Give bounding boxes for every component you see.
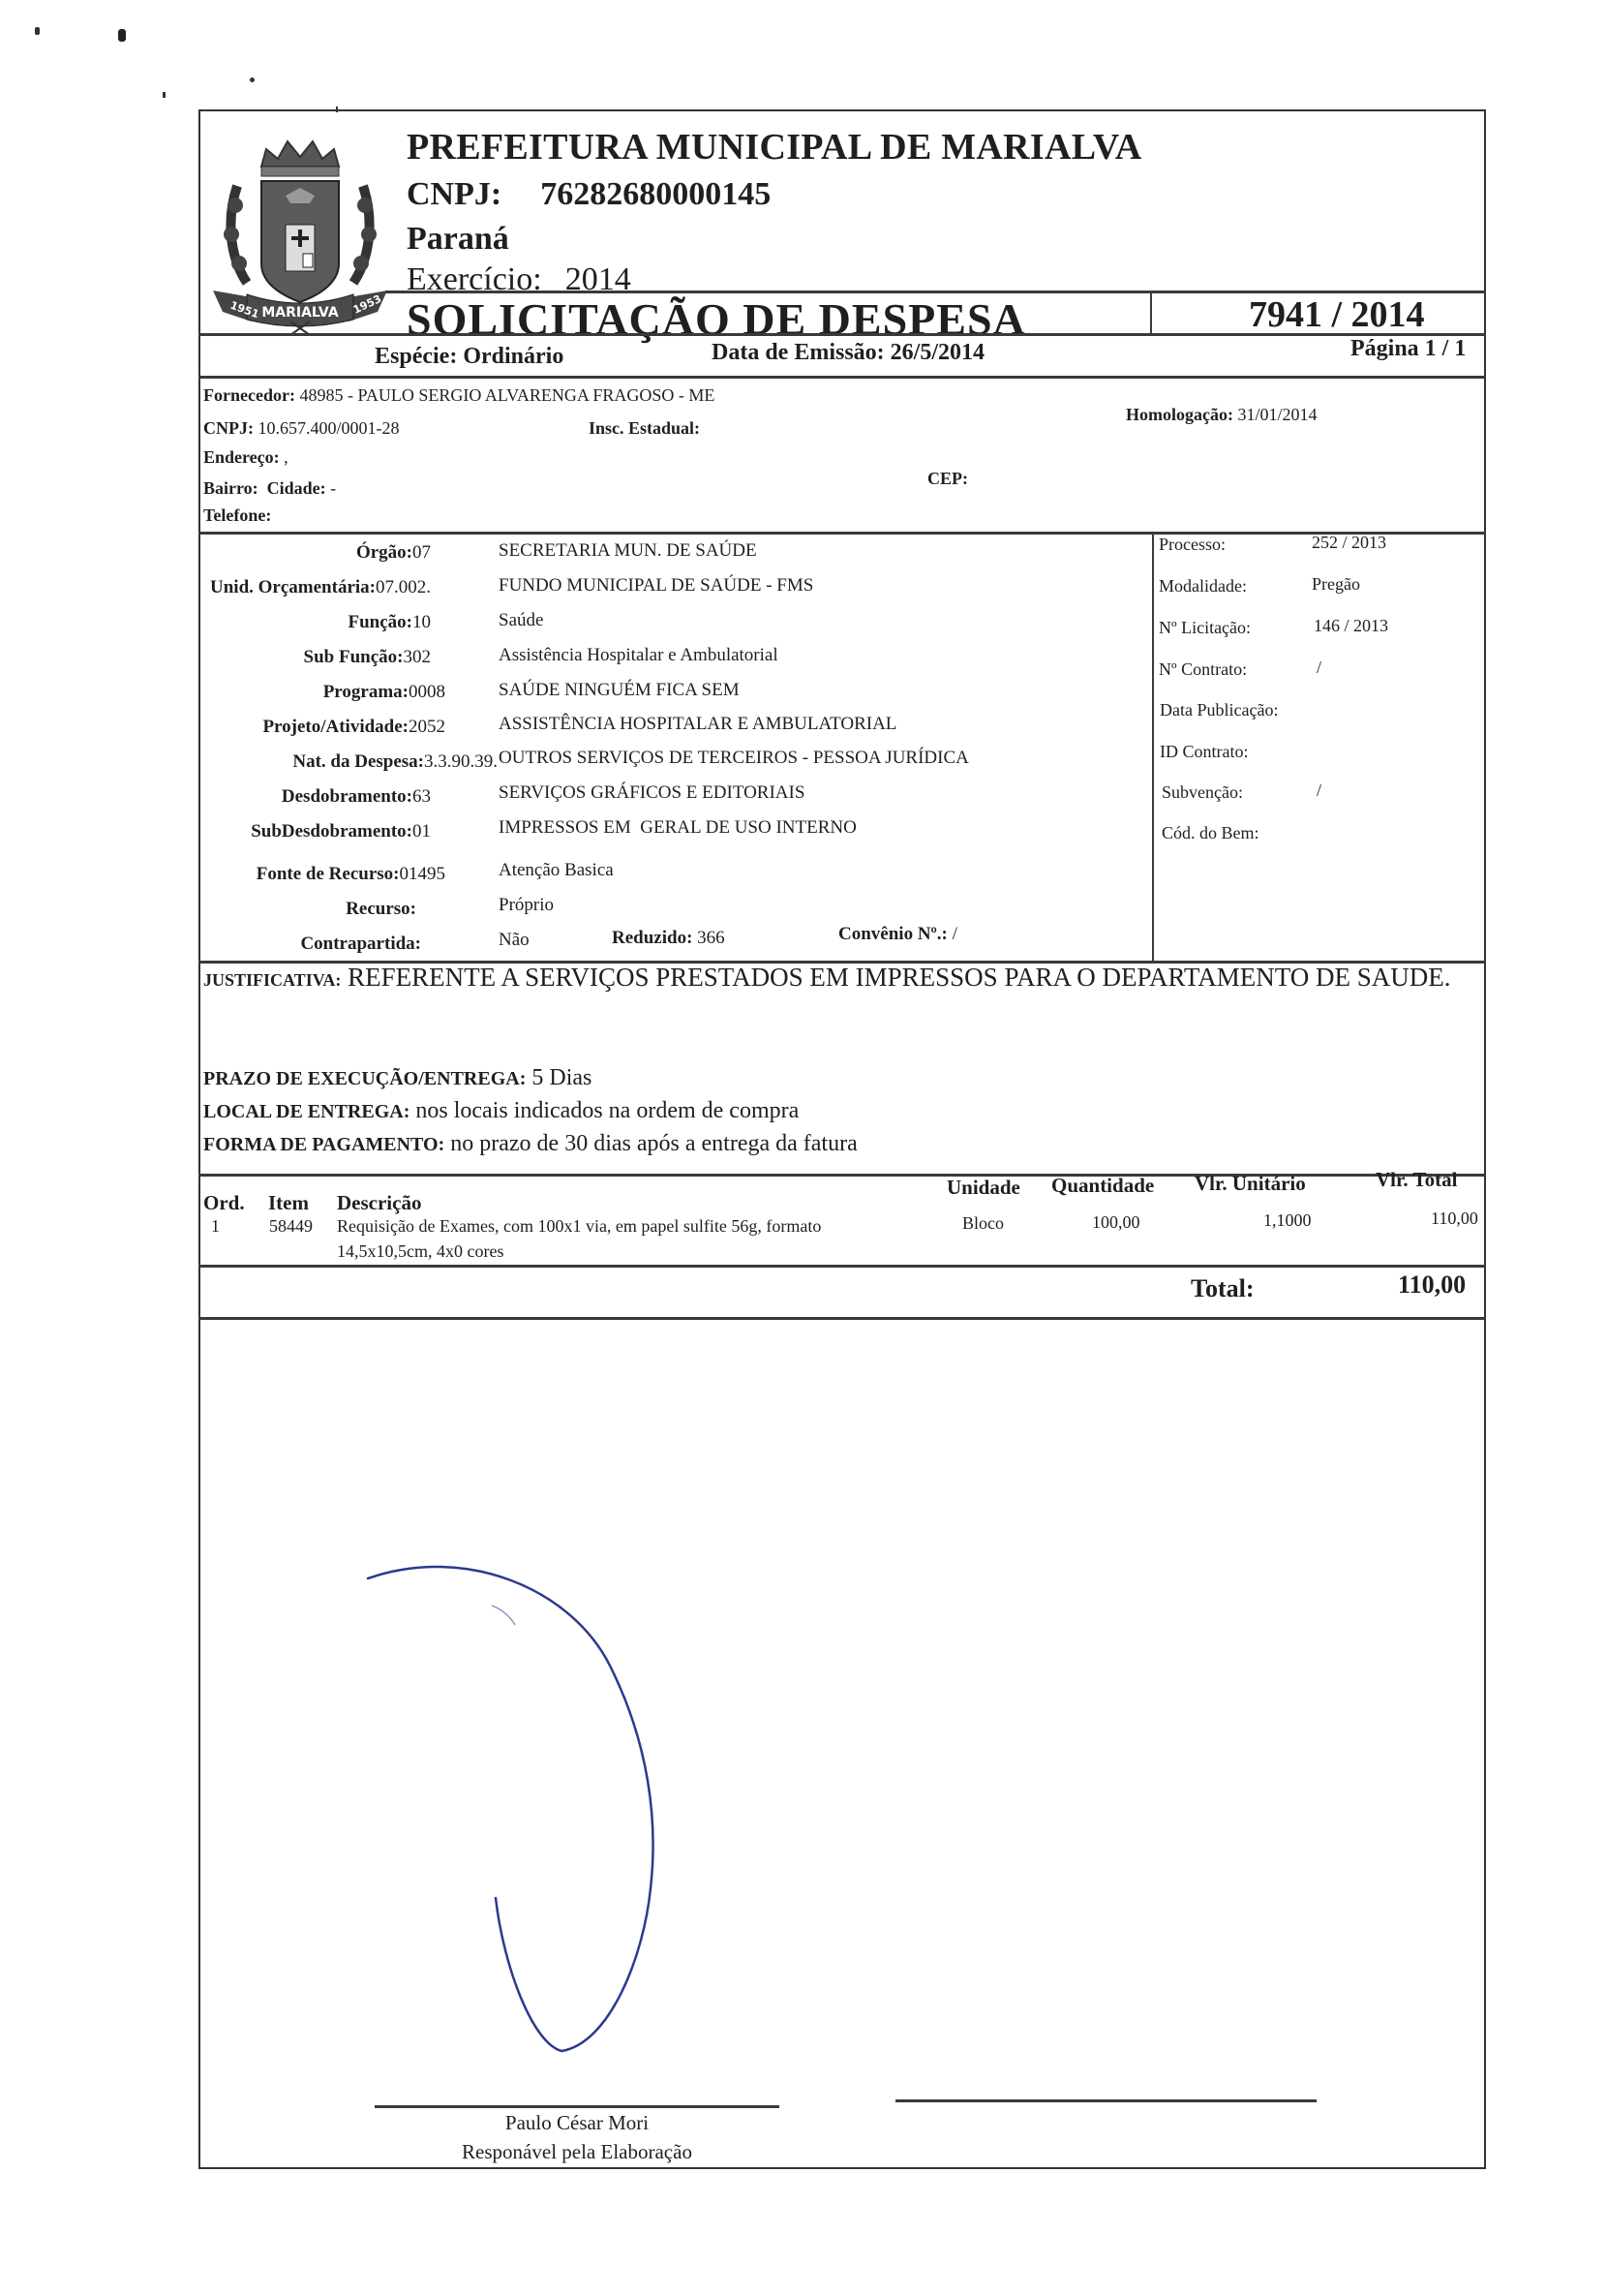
especie-value: Ordinário [463,344,563,369]
cell-vlr-unitario: 1,1000 [1263,1210,1312,1231]
supplier-phone: Telefone: [203,505,271,526]
signature-line [895,2099,1317,2102]
subvencao-value: / [1317,781,1321,801]
organization-name: PREFEITURA MUNICIPAL DE MARIALVA [407,126,1142,168]
budget-code: 01495 [400,864,446,884]
licitacao-value: 146 / 2013 [1314,616,1388,636]
cell-vlr-total: 110,00 [1431,1209,1478,1229]
homologation-date: Homologação: 31/01/2014 [1126,405,1318,425]
fornecedor-value: 48985 - PAULO SERGIO ALVARENGA FRAGOSO -… [299,385,714,405]
budget-label: Fonte de Recurso: [257,864,400,884]
contrato-value: / [1317,658,1321,678]
budget-code: 3.3.90.39. [424,751,498,772]
emissao-label: Data de Emissão: [712,340,885,365]
total-value: 110,00 [1398,1270,1466,1300]
budget-code: 07.002. [376,577,431,597]
endereco-label: Endereço: [203,447,280,467]
delivery-location: LOCAL DE ENTREGA: nos locais indicados n… [203,1098,799,1124]
col-quantidade: Quantidade [1051,1174,1154,1198]
budget-desc: IMPRESSOS EM GERAL DE USO INTERNO [499,817,857,839]
budget-row-orgao: Órgão:07 [189,542,431,564]
divider [198,333,1486,336]
signer-name: Paulo César Mori [375,2111,779,2135]
local-value: nos locais indicados na ordem de compra [415,1098,799,1123]
budget-label: Recurso: [346,899,416,919]
process-label: Processo: [1159,535,1226,555]
process-value: 252 / 2013 [1312,533,1386,553]
budget-row-funcao: Função:10 [189,612,431,633]
supplier-cep: CEP: [927,469,968,489]
scan-speck [250,77,255,82]
page-indicator: Página 1 / 1 [1350,336,1466,362]
total-label: Total: [1191,1274,1255,1303]
supplier-neighborhood-city: Bairro: Cidade: - [203,478,336,499]
divider [198,1265,1486,1268]
budget-label: Programa: [323,682,409,702]
emission-date: Data de Emissão: 26/5/2014 [712,340,985,366]
contrato-label: Nº Contrato: [1159,659,1247,680]
budget-label: Contrapartida: [300,934,421,954]
supplier-cnpj: CNPJ: 10.657.400/0001-28 [203,418,400,439]
municipal-coat-of-arms-icon: MARIALVA 1951 1953 [208,128,392,336]
cnpj-value: 76282680000145 [540,176,771,212]
organization-cnpj: CNPJ:76282680000145 [407,176,771,213]
pagamento-label: FORMA DE PAGAMENTO: [203,1134,444,1155]
divider [198,376,1486,379]
budget-desc: Próprio [499,895,554,916]
col-ord: Ord. [203,1191,245,1215]
budget-row-sub-funcao: Sub Função:302 [189,647,431,668]
budget-row-projeto-atividade: Projeto/Atividade:2052 [203,717,445,738]
budget-desc: FUNDO MUNICIPAL DE SAÚDE - FMS [499,575,813,597]
cell-quantidade: 100,00 [1092,1212,1140,1233]
cell-item: 58449 [269,1216,313,1237]
cep-label: CEP: [927,469,968,488]
divider [1150,291,1152,334]
budget-label: Projeto/Atividade: [262,717,409,737]
supplier-address: Endereço: , [203,447,288,468]
budget-label: Órgão: [356,542,412,563]
budget-row-recurso: Recurso: [174,899,416,920]
delivery-deadline: PRAZO DE EXECUÇÃO/ENTREGA: 5 Dias [203,1065,591,1091]
supplier-cnpj-label: CNPJ: [203,418,254,438]
budget-row-programa: Programa:0008 [203,682,445,703]
scan-speck [163,92,166,98]
budget-desc: SECRETARIA MUN. DE SAÚDE [499,540,757,562]
budget-code: 302 [404,647,432,667]
budget-row-subdesdobramento: SubDesdobramento:01 [189,821,431,842]
budget-label: Nat. da Despesa: [292,751,424,772]
budget-code: 07 [412,542,431,563]
cell-descricao-line2: 14,5x10,5cm, 4x0 cores [337,1241,503,1262]
budget-label: Função: [349,612,413,632]
divider [1152,532,1154,962]
budget-label: Sub Função: [304,647,404,667]
cell-descricao-line1: Requisição de Exames, com 100x1 via, em … [337,1216,821,1237]
col-unidade: Unidade [947,1176,1020,1200]
budget-desc: ASSISTÊNCIA HOSPITALAR E AMBULATORIAL [499,714,896,735]
convenio-value: / [953,924,957,944]
divider [198,1317,1486,1320]
signer-role: Responável pela Elaboração [375,2140,779,2164]
pagamento-value: no prazo de 30 dias após a entrega da fa… [450,1131,857,1156]
emissao-value: 26/5/2014 [891,340,985,365]
supplier-cnpj-value: 10.657.400/0001-28 [258,418,400,438]
budget-desc: SERVIÇOS GRÁFICOS E EDITORIAIS [499,782,804,804]
modalidade-value: Pregão [1312,574,1360,595]
budget-desc: Atenção Basica [499,860,614,881]
prazo-value: 5 Dias [531,1065,591,1090]
budget-desc: Saúde [499,610,543,631]
justificativa-label: JUSTIFICATIVA: [203,970,341,990]
cod-bem-label: Cód. do Bem: [1162,823,1259,843]
budget-desc: Assistência Hospitalar e Ambulatorial [499,645,778,666]
budget-desc: OUTROS SERVIÇOS DE TERCEIROS - PESSOA JU… [499,748,969,769]
convenio-label: Convênio Nº.: [838,924,948,944]
subvencao-label: Subvenção: [1162,782,1243,803]
telefone-label: Telefone: [203,505,271,525]
reduzido-label: Reduzido: [612,928,692,948]
document-title: SOLICITAÇÃO DE DESPESA [407,293,1026,345]
col-vlr-unitario: Vlr. Unitário [1195,1172,1306,1196]
cnpj-label: CNPJ: [407,176,501,212]
justificativa-value: REFERENTE A SERVIÇOS PRESTADOS EM IMPRES… [348,963,1450,992]
supplier-name: Fornecedor: 48985 - PAULO SERGIO ALVAREN… [203,385,714,406]
local-label: LOCAL DE ENTREGA: [203,1101,409,1122]
id-contrato-label: ID Contrato: [1160,742,1249,762]
especie: Espécie: Ordinário [375,344,563,370]
cell-ord: 1 [211,1216,220,1237]
col-item: Item [268,1191,309,1215]
svg-text:MARIALVA: MARIALVA [261,305,338,321]
budget-label: Unid. Orçamentária: [210,577,376,597]
budget-desc: Não [499,930,530,951]
col-vlr-total: Vlr. Total [1376,1168,1457,1192]
especie-label: Espécie: [375,344,457,369]
col-descricao: Descrição [337,1191,421,1215]
payment-terms: FORMA DE PAGAMENTO: no prazo de 30 dias … [203,1131,858,1157]
budget-row-fonte-recurso: Fonte de Recurso:01495 [203,864,445,885]
document-number: 7941 / 2014 [1249,293,1425,336]
reduzido-value: 366 [697,928,725,948]
divider [198,532,1486,535]
scan-speck [118,29,126,42]
fornecedor-label: Fornecedor: [203,385,295,405]
budget-row-contrapartida: Contrapartida: [179,934,421,955]
justification: JUSTIFICATIVA: REFERENTE A SERVIÇOS PRES… [203,959,1481,998]
budget-label: Desdobramento: [282,786,412,807]
scan-speck [35,27,40,35]
prazo-label: PRAZO DE EXECUÇÃO/ENTREGA: [203,1068,526,1089]
cell-unidade: Bloco [962,1213,1004,1234]
data-publicacao-label: Data Publicação: [1160,700,1278,720]
state-name: Paraná [407,221,509,258]
budget-row-desdobramento: Desdobramento:63 [189,786,431,808]
cidade-value: - [330,478,336,498]
handwritten-signature [290,1501,774,2082]
budget-code: 01 [412,821,431,842]
insc-label: Insc. Estadual: [589,418,700,438]
budget-code: 0008 [409,682,445,702]
licitacao-label: Nº Licitação: [1159,618,1251,638]
endereco-value: , [284,447,288,467]
bairro-label: Bairro: [203,478,258,498]
state-registration: Insc. Estadual: [589,418,700,439]
modalidade-label: Modalidade: [1159,576,1247,597]
convenio: Convênio Nº.: / [838,924,957,945]
reduzido: Reduzido: 366 [612,928,725,949]
budget-code: 10 [412,612,431,632]
budget-code: 63 [412,786,431,807]
cidade-label: Cidade: [267,478,326,498]
budget-desc: SAÚDE NINGUÉM FICA SEM [499,680,740,701]
budget-row-natureza-despesa: Nat. da Despesa:3.3.90.39. [256,751,498,773]
homologacao-label: Homologação: [1126,405,1233,424]
budget-row-unid-orcamentaria: Unid. Orçamentária:07.002. [169,577,431,598]
budget-label: SubDesdobramento: [251,821,412,842]
signature-line [375,2105,779,2108]
budget-code: 2052 [409,717,445,737]
homologacao-value: 31/01/2014 [1237,405,1317,424]
